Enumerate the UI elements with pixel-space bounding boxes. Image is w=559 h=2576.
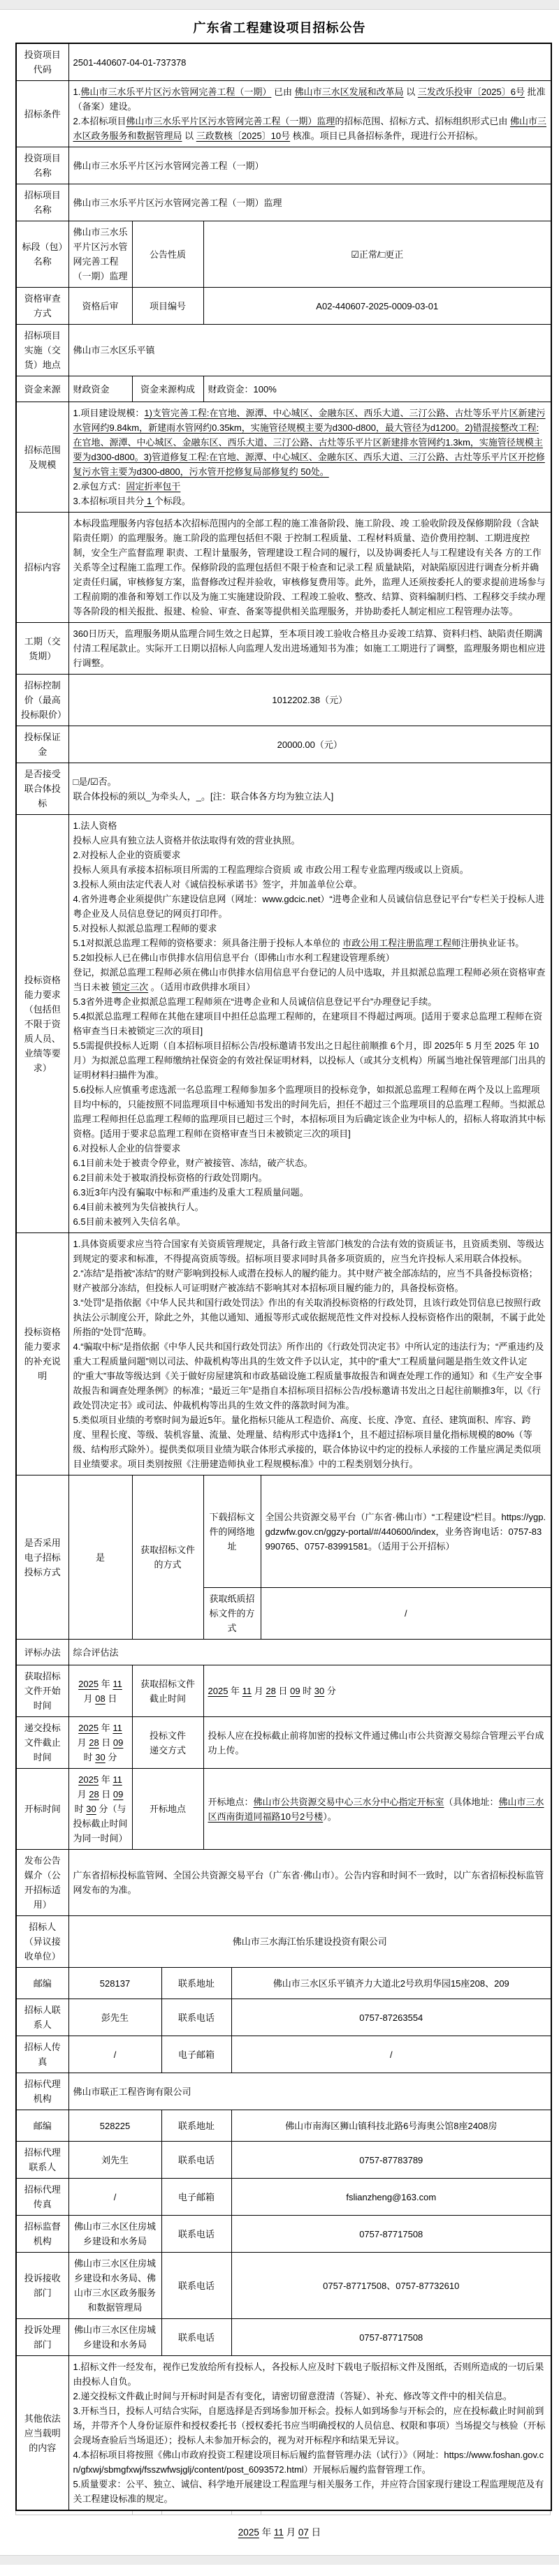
scope-value: 1.项目建设规模：1)支管完善工程:在官地、源潭、中心城区、金融东区、西乐大道、… bbox=[68, 402, 551, 513]
control-price-value: 1012202.38（元） bbox=[68, 675, 551, 726]
complaint-recv-tel-label: 联系电话 bbox=[161, 2253, 231, 2319]
evaluation-label: 评标办法 bbox=[16, 1640, 68, 1665]
content-label: 招标内容 bbox=[16, 513, 68, 623]
table-row: 投标资格能力要求（包括但不限于资质人员、业绩等要求） 1.法人资格投标人应具有独… bbox=[16, 815, 551, 1233]
qual-req-value: 1.法人资格投标人应具有独立法人资格并依法取得有效的营业执照。2.对投标人企业的… bbox=[68, 815, 551, 1233]
doc-end-value: 2025 年 11 月 28 日 09 时 30 分 bbox=[203, 1665, 551, 1717]
duration-label: 工期（交货期） bbox=[16, 623, 68, 675]
control-price-label: 招标控制价（最高投标限价） bbox=[16, 675, 68, 726]
table-row: 投资项目代码 2501-440607-04-01-737378 bbox=[16, 43, 551, 81]
table-row: 招标人（异议接收单位） 佛山市三水海江怡乐建设投资有限公司 bbox=[16, 1916, 551, 1968]
agency-contact-label: 招标代理联系人 bbox=[16, 2142, 68, 2179]
download-url-label: 下载招标文件的网络地址 bbox=[203, 1475, 261, 1588]
table-row: 招标代理机构 佛山市联正工程咨询有限公司 bbox=[16, 2073, 551, 2110]
table-row: 其他依法应当载明的内容 1.招标文件一经发布，视作已发放给所有投标人，各投标人应… bbox=[16, 2356, 551, 2511]
table-row: 招标人联系人 彭先生 联系电话 0757-87263554 bbox=[16, 1999, 551, 2036]
qual-review-label: 资格审查方式 bbox=[16, 288, 68, 325]
tenderer-tel-label: 联系电话 bbox=[161, 1999, 231, 2036]
tenderer-label: 招标人（异议接收单位） bbox=[16, 1916, 68, 1968]
qual-notes-value: 1.具体资质要求应当符合国家有关资质管理规定，具备行政主管部门核发的合法有效的资… bbox=[68, 1233, 551, 1475]
table-row: 标段（包）名称 佛山市三水乐平片区污水管网完善工程（一期）监理 公告性质 ☑正常… bbox=[16, 221, 551, 288]
tenderer-email-label: 电子邮箱 bbox=[161, 2036, 231, 2073]
tenderer-contact-label: 招标人联系人 bbox=[16, 1999, 68, 2036]
tender-name-label: 招标项目名称 bbox=[16, 184, 68, 221]
table-row: 招标人传真 / 电子邮箱 / bbox=[16, 2036, 551, 2073]
table-row: 招标内容 本标段监理服务内容包括本次招标范围内的全部工程的施工准备阶段、施工阶段… bbox=[16, 513, 551, 623]
table-row: 投诉处理部门 佛山市三水区住房城乡建设和水务局 联系电话 0757-877175… bbox=[16, 2319, 551, 2356]
agency-tel-label: 联系电话 bbox=[161, 2142, 231, 2179]
doc-start-label: 获取招标文件开始时间 bbox=[16, 1665, 68, 1717]
table-row: 是否采用电子招标投标方式 是 获取招标文件的方式 下载招标文件的网络地址 全国公… bbox=[16, 1475, 551, 1588]
agency-fax-label: 招标代理传真 bbox=[16, 2179, 68, 2216]
section-value: 佛山市三水乐平片区污水管网完善工程（一期）监理 bbox=[68, 221, 132, 288]
qual-review-value: 资格后审 bbox=[68, 288, 132, 325]
opening-time-value: 2025 年 11 月 28 日 09 时 30 分（与投标截止时间为同一时间） bbox=[68, 1769, 132, 1850]
table-row: 招标条件 1.佛山市三水乐平片区污水管网完善工程（一期） 已由 佛山市三水区发展… bbox=[16, 81, 551, 147]
submission-method-label: 投标文件 递交方式 bbox=[132, 1717, 203, 1769]
opening-place-label: 开标地点 bbox=[132, 1769, 203, 1850]
announcement-date: 2025 年 11 月 07 日 bbox=[0, 2525, 559, 2540]
funding-comp-value: 财政资金：100% bbox=[203, 376, 551, 402]
table-row: 招标代理传真 / 电子邮箱 fslianzheng@163.com bbox=[16, 2179, 551, 2216]
project-no-value: A02-440607-2025-0009-03-01 bbox=[203, 288, 551, 325]
tenderer-tel-value: 0757-87263554 bbox=[231, 1999, 551, 2036]
opening-time-label: 开标时间 bbox=[16, 1769, 68, 1850]
table-row: 是否接受联合体投标 □是/☑否。 联合体投标的须以_为牵头人，_。[注：联合体各… bbox=[16, 763, 551, 815]
notice-nature-value: ☑正常/□更正 bbox=[203, 221, 551, 288]
complaint-handle-tel-label: 联系电话 bbox=[161, 2319, 231, 2356]
page-top-strip bbox=[0, 0, 559, 10]
e-bidding-value: 是 bbox=[68, 1475, 132, 1640]
bid-bond-label: 投标保证金 bbox=[16, 726, 68, 763]
location-label: 招标项目实施（交货）地点 bbox=[16, 325, 68, 376]
ghost-row bbox=[15, 2511, 551, 2515]
tenderer-address-label: 联系地址 bbox=[161, 1968, 231, 1999]
scope-label: 招标范围及规模 bbox=[16, 402, 68, 513]
funding-value: 财政资金 bbox=[68, 376, 132, 402]
consortium-label: 是否接受联合体投标 bbox=[16, 763, 68, 815]
table-row: 招标项目实施（交货）地点 佛山市三水区乐平镇 bbox=[16, 325, 551, 376]
agency-email-label: 电子邮箱 bbox=[161, 2179, 231, 2216]
table-row: 投资项目名称 佛山市三水乐平片区污水管网完善工程（一期） bbox=[16, 147, 551, 184]
opening-place-value: 开标地点：佛山市公共资源交易中心三水分中心指定开标室（具体地址：佛山市三水区西南… bbox=[203, 1769, 551, 1850]
bid-bond-value: 20000.00（元） bbox=[68, 726, 551, 763]
qual-notes-label: 投标资格能力要求的补充说明 bbox=[16, 1233, 68, 1475]
agency-contact-value: 刘先生 bbox=[68, 2142, 161, 2179]
table-row: 招标监督机构 佛山市三水区住房城乡建设和水务局 联系电话 0757-877175… bbox=[16, 2216, 551, 2253]
submission-value: 2025 年 11 月 28 日 09 时 30 分 bbox=[68, 1717, 132, 1769]
duration-value: 360日历天，监理服务期从监理合同生效之日起算，至本项目竣工验收合格且办妥竣工结… bbox=[68, 623, 551, 675]
table-row: 递交投标文件截止时间 2025 年 11 月 28 日 09 时 30 分 投标… bbox=[16, 1717, 551, 1769]
media-value: 广东省招标投标监管网、全国公共资源交易平台（广东省·佛山市）。公告内容和时间不一… bbox=[68, 1850, 551, 1916]
complaint-handle-tel-value: 0757-87717508 bbox=[231, 2319, 551, 2356]
table-row: 招标范围及规模 1.项目建设规模：1)支管完善工程:在官地、源潭、中心城区、金融… bbox=[16, 402, 551, 513]
invest-name-value: 佛山市三水乐平片区污水管网完善工程（一期） bbox=[68, 147, 551, 184]
invest-name-label: 投资项目名称 bbox=[16, 147, 68, 184]
table-row: 招标项目名称 佛山市三水乐平片区污水管网完善工程（一期）监理 bbox=[16, 184, 551, 221]
table-row: 邮编 528225 联系地址 佛山市南海区狮山镇科技北路6号海奥公馆8座2408… bbox=[16, 2110, 551, 2142]
agency-value: 佛山市联正工程咨询有限公司 bbox=[68, 2073, 551, 2110]
agency-tel-value: 0757-87783789 bbox=[231, 2142, 551, 2179]
table-row: 发布公告媒介（公开招标适用） 广东省招标投标监管网、全国公共资源交易平台（广东省… bbox=[16, 1850, 551, 1916]
agency-address-label: 联系地址 bbox=[161, 2110, 231, 2142]
tender-announcement-table: 投资项目代码 2501-440607-04-01-737378 招标条件 1.佛… bbox=[15, 43, 552, 2511]
table-row: 邮编 528137 联系地址 佛山市三水区乐平镇齐力大道北2号玖玥华园15座20… bbox=[16, 1968, 551, 1999]
tenderer-fax-value: / bbox=[68, 2036, 161, 2073]
agency-email-value: fslianzheng@163.com bbox=[231, 2179, 551, 2216]
agency-postcode-label: 邮编 bbox=[16, 2110, 68, 2142]
project-code-label: 投资项目代码 bbox=[16, 43, 68, 81]
tenderer-postcode-value: 528137 bbox=[68, 1968, 161, 1999]
funding-comp-label: 资金来源构成 bbox=[132, 376, 203, 402]
media-label: 发布公告媒介（公开招标适用） bbox=[16, 1850, 68, 1916]
page-bottom-strip bbox=[0, 2555, 559, 2565]
tenderer-postcode-label: 邮编 bbox=[16, 1968, 68, 1999]
table-row: 工期（交货期） 360日历天，监理服务期从监理合同生效之日起算，至本项目竣工验收… bbox=[16, 623, 551, 675]
complaint-recv-tel-value: 0757-87717508、0757-87732610 bbox=[231, 2253, 551, 2319]
tenderer-address-value: 佛山市三水区乐平镇齐力大道北2号玖玥华园15座208、209 bbox=[231, 1968, 551, 1999]
funding-label: 资金来源 bbox=[16, 376, 68, 402]
notice-nature-label: 公告性质 bbox=[132, 221, 203, 288]
tenderer-contact-value: 彭先生 bbox=[68, 1999, 161, 2036]
table-row: 资格审查方式 资格后审 项目编号 A02-440607-2025-0009-03… bbox=[16, 288, 551, 325]
supervisor-tel-value: 0757-87717508 bbox=[231, 2216, 551, 2253]
conditions-label: 招标条件 bbox=[16, 81, 68, 147]
table-row: 投诉接收部门 佛山市三水区住房城乡建设和水务局、佛山市三水区政务服务和数据管理局… bbox=[16, 2253, 551, 2319]
e-bidding-label: 是否采用电子招标投标方式 bbox=[16, 1475, 68, 1640]
conditions-value: 1.佛山市三水乐平片区污水管网完善工程（一期） 已由 佛山市三水区发展和改革局 … bbox=[68, 81, 551, 147]
download-url-value: 全国公共资源交易平台（广东省·佛山市）“工程建设”栏目。https://ygp.… bbox=[261, 1475, 551, 1588]
doc-end-label: 获取招标文件截止时间 bbox=[132, 1665, 203, 1717]
table-row: 投标资格能力要求的补充说明 1.具体资质要求应当符合国家有关资质管理规定，具备行… bbox=[16, 1233, 551, 1475]
location-value: 佛山市三水区乐平镇 bbox=[68, 325, 551, 376]
agency-address-value: 佛山市南海区狮山镇科技北路6号海奥公馆8座2408房 bbox=[231, 2110, 551, 2142]
doc-method-label: 获取招标文件的方式 bbox=[132, 1475, 203, 1640]
page-title: 广东省工程建设项目招标公告 bbox=[0, 21, 559, 36]
table-row: 获取招标文件开始时间 2025 年 11 月 08 日 获取招标文件截止时间 2… bbox=[16, 1665, 551, 1717]
section-label: 标段（包）名称 bbox=[16, 221, 68, 288]
agency-label: 招标代理机构 bbox=[16, 2073, 68, 2110]
content-value: 本标段监理服务内容包括本次招标范围内的全部工程的施工准备阶段、施工阶段、竣 工验… bbox=[68, 513, 551, 623]
project-code-value: 2501-440607-04-01-737378 bbox=[68, 43, 551, 81]
supervisor-label: 招标监督机构 bbox=[16, 2216, 68, 2253]
paper-doc-label: 获取纸质招标文件的方式 bbox=[203, 1588, 261, 1640]
table-row: 开标时间 2025 年 11 月 28 日 09 时 30 分（与投标截止时间为… bbox=[16, 1769, 551, 1850]
table-row: 评标办法 综合评估法 bbox=[16, 1640, 551, 1665]
paper-doc-value: / bbox=[261, 1588, 551, 1640]
agency-fax-value: / bbox=[68, 2179, 161, 2216]
consortium-value: □是/☑否。 联合体投标的须以_为牵头人，_。[注：联合体各方均为独立法人] bbox=[68, 763, 551, 815]
evaluation-value: 综合评估法 bbox=[68, 1640, 551, 1665]
table-row: 资金来源 财政资金 资金来源构成 财政资金：100% bbox=[16, 376, 551, 402]
table-row: 招标代理联系人 刘先生 联系电话 0757-87783789 bbox=[16, 2142, 551, 2179]
supervisor-value: 佛山市三水区住房城乡建设和水务局 bbox=[68, 2216, 161, 2253]
complaint-handle-label: 投诉处理部门 bbox=[16, 2319, 68, 2356]
tender-name-value: 佛山市三水乐平片区污水管网完善工程（一期）监理 bbox=[68, 184, 551, 221]
table-row: 投标保证金 20000.00（元） bbox=[16, 726, 551, 763]
tenderer-email-value: / bbox=[231, 2036, 551, 2073]
project-no-label: 项目编号 bbox=[132, 288, 203, 325]
complaint-handle-value: 佛山市三水区住房城乡建设和水务局 bbox=[68, 2319, 161, 2356]
submission-label: 递交投标文件截止时间 bbox=[16, 1717, 68, 1769]
supervisor-tel-label: 联系电话 bbox=[161, 2216, 231, 2253]
complaint-recv-label: 投诉接收部门 bbox=[16, 2253, 68, 2319]
complaint-recv-value: 佛山市三水区住房城乡建设和水务局、佛山市三水区政务服务和数据管理局 bbox=[68, 2253, 161, 2319]
table-row: 招标控制价（最高投标限价） 1012202.38（元） bbox=[16, 675, 551, 726]
submission-method-value: 投标人应在投标截止前将加密的投标文件通过佛山市公共资源交易综合管理云平台成功上传… bbox=[203, 1717, 551, 1769]
tenderer-value: 佛山市三水海江怡乐建设投资有限公司 bbox=[68, 1916, 551, 1968]
other-value: 1.招标文件一经发布，视作已发放给所有投标人，各投标人应及时下载电子版招标文件及… bbox=[68, 2356, 551, 2511]
doc-start-value: 2025 年 11 月 08 日 bbox=[68, 1665, 132, 1717]
tenderer-fax-label: 招标人传真 bbox=[16, 2036, 68, 2073]
qual-req-label: 投标资格能力要求（包括但不限于资质人员、业绩等要求） bbox=[16, 815, 68, 1233]
agency-postcode-value: 528225 bbox=[68, 2110, 161, 2142]
other-label: 其他依法应当载明的内容 bbox=[16, 2356, 68, 2511]
